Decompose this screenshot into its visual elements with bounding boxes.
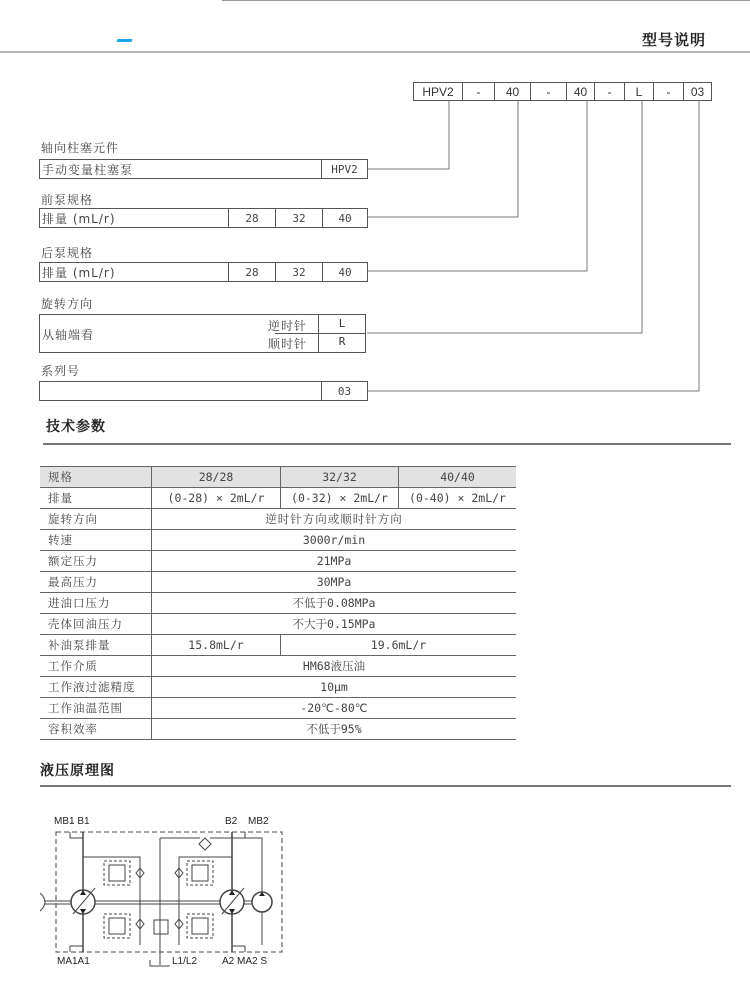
front-pump-40: 40 [322,209,367,227]
rotation-code-l: L [319,317,365,330]
hydraulic-schematic [0,0,300,982]
series-code: 03 [321,382,367,400]
rear-pump-40: 40 [322,263,367,281]
rotation-code-r: R [319,335,365,348]
row-value: 19.6mL/r [281,635,517,656]
row-value: (0-40) × 2mL/r [399,488,517,509]
element-code: HPV2 [321,160,367,178]
header-col: 40/40 [399,467,517,488]
